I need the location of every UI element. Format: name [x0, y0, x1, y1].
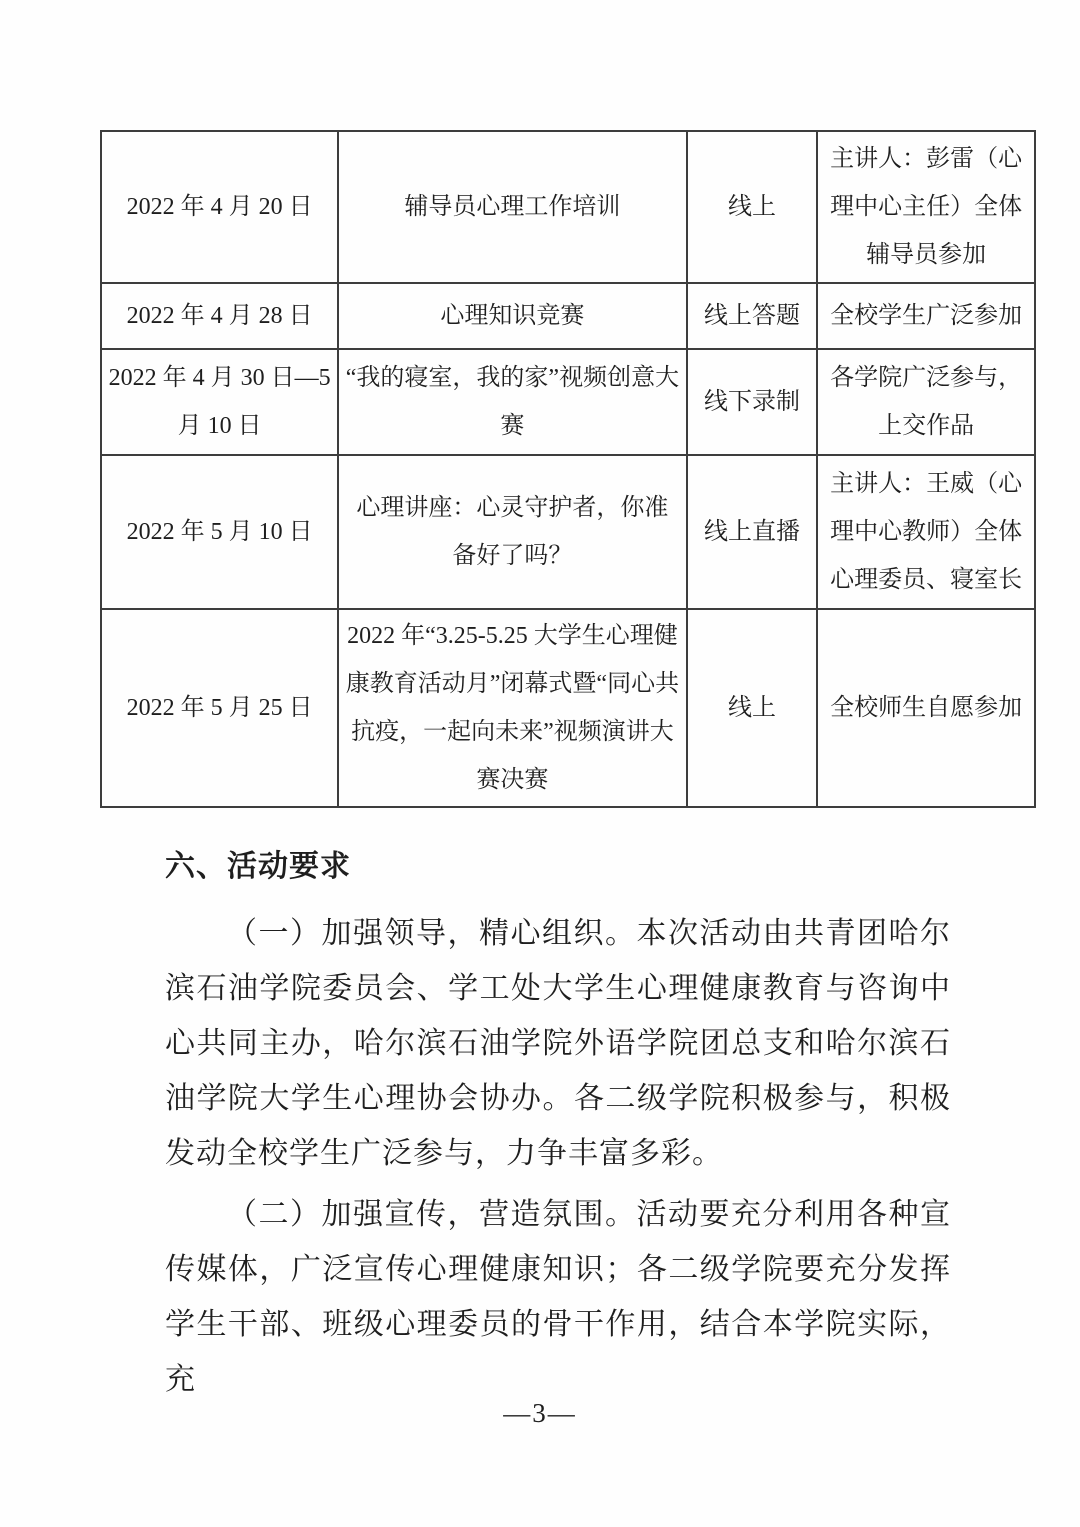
table-row: 2022 年 5 月 10 日 心理讲座：心灵守护者，你准备好了吗？ 线上直播 …: [101, 455, 1035, 609]
participants-cell: 主讲人：彭雷（心理中心主任）全体辅导员参加: [817, 131, 1035, 283]
table-row: 2022 年 4 月 20 日 辅导员心理工作培训 线上 主讲人：彭雷（心理中心…: [101, 131, 1035, 283]
activity-cell: 心理知识竞赛: [338, 283, 686, 349]
format-cell: 线上直播: [687, 455, 818, 609]
participants-cell: 全校学生广泛参加: [817, 283, 1035, 349]
format-cell: 线下录制: [687, 349, 818, 455]
activity-cell: “我的寝室，我的家”视频创意大赛: [338, 349, 686, 455]
format-cell: 线上答题: [687, 283, 818, 349]
table-row: 2022 年 4 月 30 日—5 月 10 日 “我的寝室，我的家”视频创意大…: [101, 349, 1035, 455]
activity-schedule-table: 2022 年 4 月 20 日 辅导员心理工作培训 线上 主讲人：彭雷（心理中心…: [100, 130, 1036, 808]
paragraph-leadership: （一）加强领导，精心组织。本次活动由共青团哈尔滨石油学院委员会、学工处大学生心理…: [165, 906, 951, 1181]
participants-cell: 全校师生自愿参加: [817, 609, 1035, 807]
paragraph-publicity: （二）加强宣传，营造氛围。活动要充分利用各种宣传媒体，广泛宣传心理健康知识；各二…: [165, 1187, 951, 1407]
date-cell: 2022 年 4 月 28 日: [101, 283, 338, 349]
table-row: 2022 年 5 月 25 日 2022 年“3.25-5.25 大学生心理健康…: [101, 609, 1035, 807]
format-cell: 线上: [687, 609, 818, 807]
table-row: 2022 年 4 月 28 日 心理知识竞赛 线上答题 全校学生广泛参加: [101, 283, 1035, 349]
participants-cell: 各学院广泛参与，上交作品: [817, 349, 1035, 455]
date-cell: 2022 年 5 月 10 日: [101, 455, 338, 609]
format-cell: 线上: [687, 131, 818, 283]
participants-cell: 主讲人：王威（心理中心教师）全体心理委员、寝室长: [817, 455, 1035, 609]
activity-cell: 辅导员心理工作培训: [338, 131, 686, 283]
section-heading: 六、活动要求: [165, 846, 951, 888]
activity-cell: 2022 年“3.25-5.25 大学生心理健康教育活动月”闭幕式暨“同心共抗疫…: [338, 609, 686, 807]
activity-cell: 心理讲座：心灵守护者，你准备好了吗？: [338, 455, 686, 609]
document-page: 2022 年 4 月 20 日 辅导员心理工作培训 线上 主讲人：彭雷（心理中心…: [0, 0, 1080, 1527]
page-number: —3—: [0, 1398, 1080, 1429]
date-cell: 2022 年 5 月 25 日: [101, 609, 338, 807]
date-cell: 2022 年 4 月 30 日—5 月 10 日: [101, 349, 338, 455]
date-cell: 2022 年 4 月 20 日: [101, 131, 338, 283]
requirements-section: 六、活动要求 （一）加强领导，精心组织。本次活动由共青团哈尔滨石油学院委员会、学…: [165, 846, 951, 1413]
